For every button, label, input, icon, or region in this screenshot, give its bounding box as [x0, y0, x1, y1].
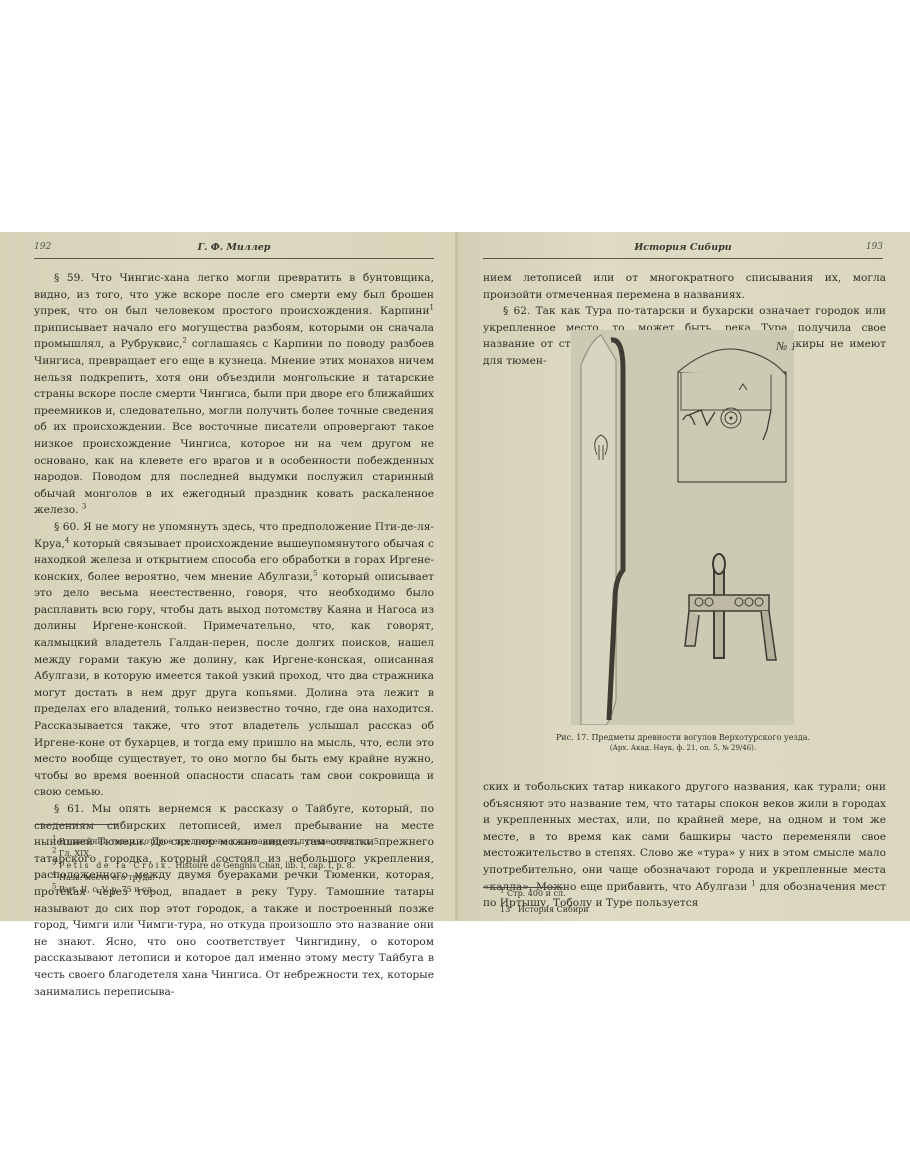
paragraph-continued: нием летописей или от многократного спис… — [483, 270, 886, 303]
book-spread: 192 Г. Ф. Миллер § 59. Что Чингис-хана л… — [0, 232, 910, 921]
footnote-ref: 3 — [82, 503, 86, 511]
artifact-drawing: № 1 — [571, 330, 794, 725]
footnote-1: 1 Стр. 400 и сл. — [500, 888, 566, 900]
figure-caption: Рис. 17. Предметы древности вогулов Верх… — [553, 732, 813, 754]
page-number: 193 — [866, 242, 883, 252]
running-head-right: История Сибири 193 — [483, 240, 883, 259]
signature-number: 13 — [500, 905, 510, 914]
figure-corner-mark: № 1 — [775, 339, 794, 353]
paragraph-59: § 59. Что Чингис-хана легко могли превра… — [34, 270, 434, 519]
footnote-2: 2 Гл. XIX. — [52, 848, 381, 860]
footnotes-left: 1 В описании татар, которое предложено к… — [52, 836, 381, 896]
footnote-1: 1 В описании татар, которое предложено к… — [52, 836, 381, 848]
paragraph-61: § 61. Мы опять вернемся к рассказу о Тай… — [34, 801, 434, 1000]
footnotes-right: 1 Стр. 400 и сл. — [500, 888, 566, 900]
running-head-title: История Сибири — [483, 242, 883, 253]
caption-text: Рис. 17. Предметы древности вогулов Верх… — [553, 732, 813, 743]
footnote-5: 5 Part. II, c. V, p. 75 и сл. — [52, 884, 381, 896]
signature-mark: 13 История Сибири — [500, 904, 589, 916]
right-page: История Сибири 193 нием летописей или от… — [458, 232, 910, 921]
figure-17-illustration: № 1 — [571, 330, 794, 725]
running-head-title: Г. Ф. Миллер — [34, 242, 434, 253]
footnote-ref: 1 — [430, 304, 434, 312]
footnote-3: 3 Petis de la Croix. Histoire de Genghis… — [52, 860, 381, 872]
caption-source: (Арх. Акад. Наук, ф. 21, оп. 5, № 29/46)… — [553, 743, 813, 754]
paragraph-60: § 60. Я не могу не упомянуть здесь, что … — [34, 519, 434, 801]
running-head-left: 192 Г. Ф. Миллер — [34, 240, 434, 259]
left-page: 192 Г. Ф. Миллер § 59. Что Чингис-хана л… — [0, 232, 455, 921]
signature-text: История Сибири — [518, 905, 589, 914]
footnote-rule — [36, 824, 118, 825]
footnote-4: 4 Назв. место его труда. — [52, 872, 381, 884]
